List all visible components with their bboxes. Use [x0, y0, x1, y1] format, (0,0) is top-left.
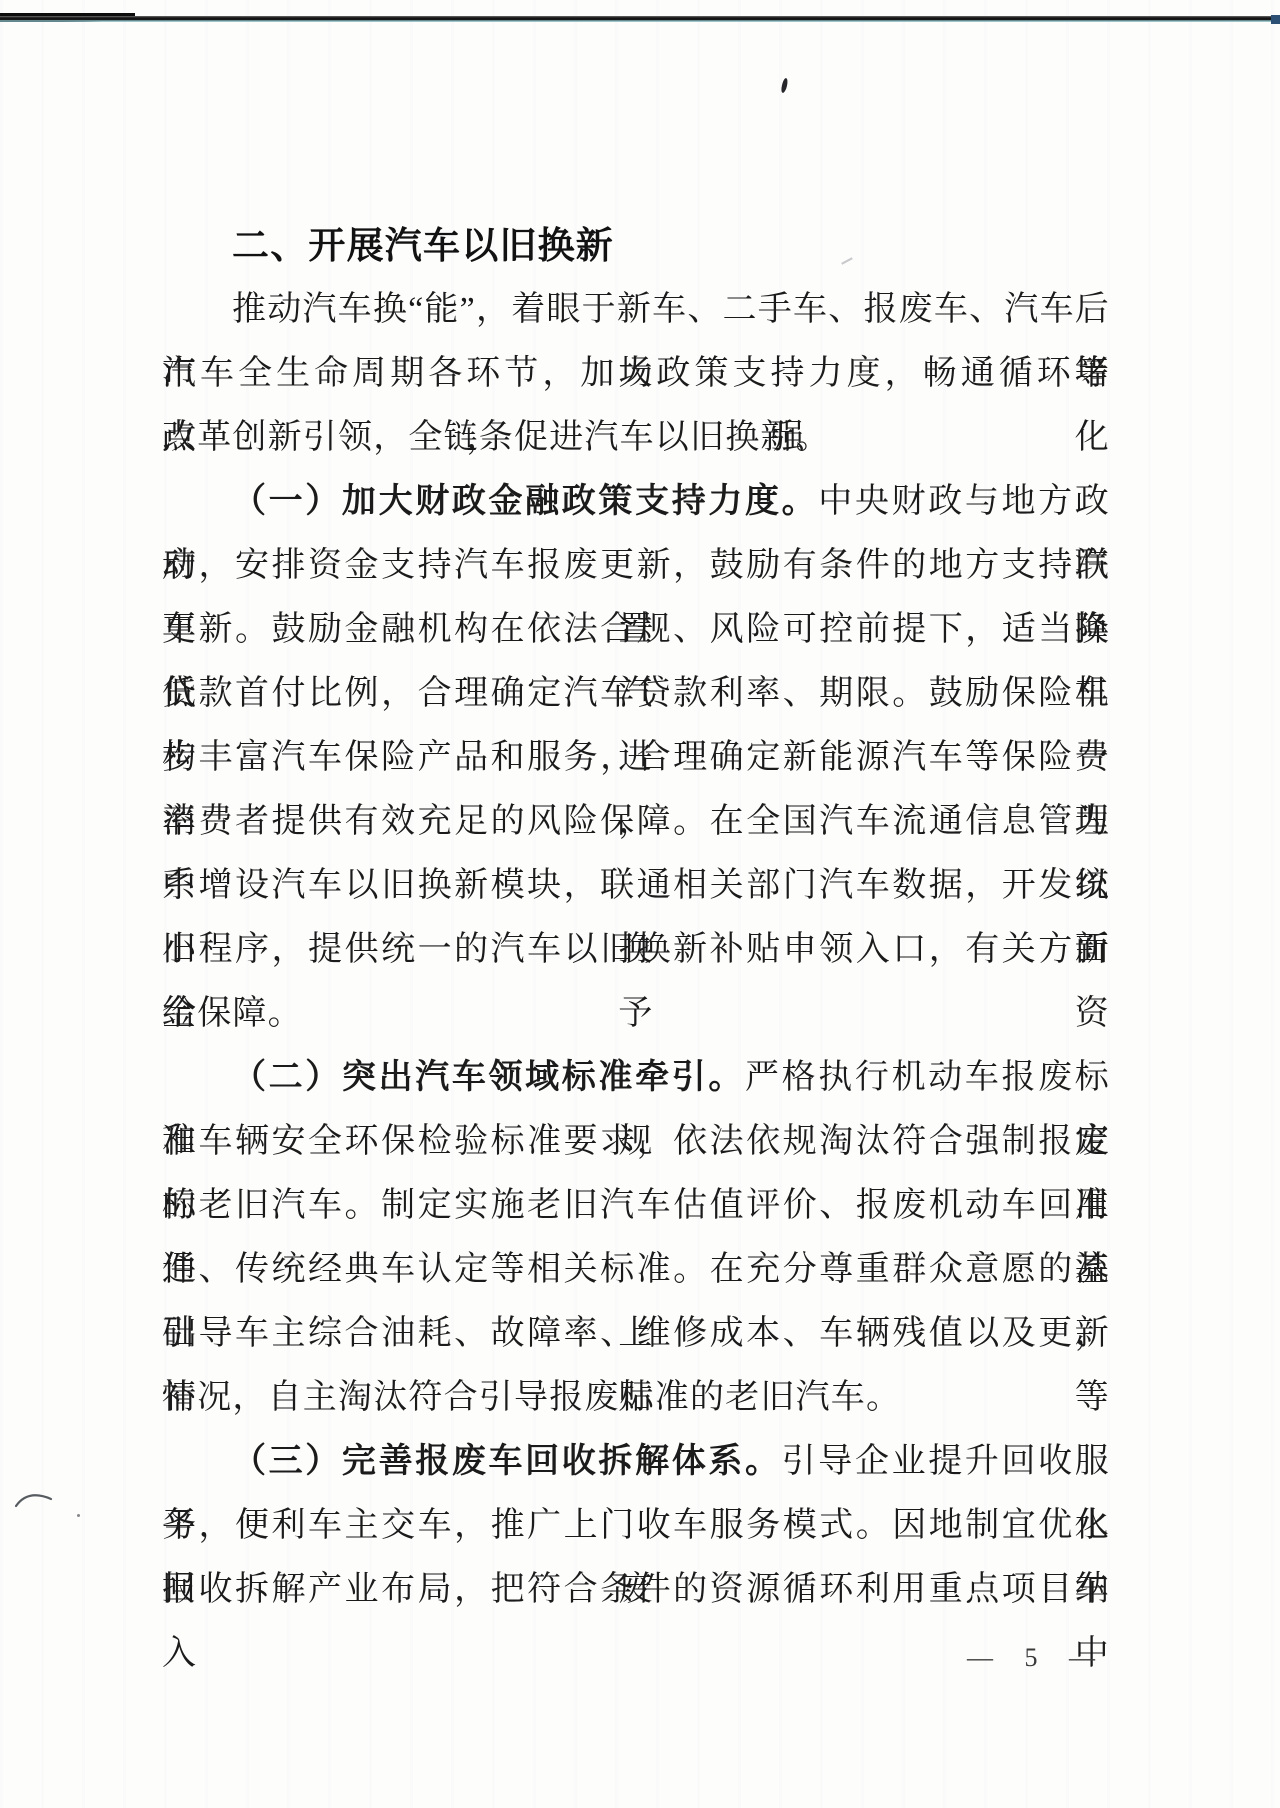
text-line: 汽车全生命周期各环节，加大政策支持力度，畅通循环堵点，强化 [162, 342, 1110, 406]
ink-speck-artifact [77, 1514, 80, 1517]
scan-edge-endcap [1271, 15, 1280, 24]
scan-edge-artifact [0, 13, 1280, 23]
text-line: 平，便利车主交车，推广上门收车服务模式。因地制宜优化报废车 [162, 1494, 1110, 1558]
footer-dash-left: — [967, 1643, 993, 1673]
document-body: 二、开展汽车以旧换新推动汽车换“能”，着眼于新车、二手车、报废车、汽车后市场等汽… [162, 214, 1110, 1622]
text-line: 贷款首付比例，合理确定汽车贷款利率、期限。鼓励保险机构进一 [162, 662, 1110, 726]
bold-run: （三）完善报废车回收拆解体系。 [232, 1443, 782, 1480]
text-run: 情况，自主淘汰符合引导报废标准的老旧汽车。 [162, 1379, 901, 1416]
text-line: 步丰富汽车保险产品和服务，合理确定新能源汽车等保险费率，为 [162, 726, 1110, 790]
footer-dash-right: — [1069, 1643, 1095, 1673]
ink-mark-artifact [780, 78, 788, 94]
scan-edge-tint [0, 20, 1280, 22]
text-line: 推动汽车换“能”，着眼于新车、二手车、报废车、汽车后市场等 [162, 278, 1110, 342]
bold-run: （二）突出汽车领域标准牵引。 [232, 1059, 745, 1096]
text-line: 回收拆解产业布局，把符合条件的资源循环利用重点项目纳入中 [162, 1558, 1110, 1622]
bold-run: 二、开展汽车以旧换新 [232, 225, 614, 266]
bold-run: （一）加大财政金融政策支持力度。 [232, 483, 818, 520]
text-line: 中增设汽车以旧换新模块，联通相关部门汽车数据，开发以旧换新 [162, 854, 1110, 918]
text-line: （三）完善报废车回收拆解体系。引导企业提升回收服务水 [162, 1430, 1110, 1494]
pen-stroke-artifact [14, 1487, 56, 1511]
document-page: 二、开展汽车以旧换新推动汽车换“能”，着眼于新车、二手车、报废车、汽车后市场等汽… [0, 0, 1280, 1808]
page-footer: — 5 — [967, 1640, 1095, 1676]
text-line: 动，安排资金支持汽车报废更新，鼓励有条件的地方支持汽车置换 [162, 534, 1110, 598]
text-line: 更新。鼓励金融机构在依法合规、风险可控前提下，适当降低汽车 [162, 598, 1110, 662]
text-line: 引导车主综合油耗、故障率、维修成本、车辆残值以及更新补贴等 [162, 1302, 1110, 1366]
text-line: （一）加大财政金融政策支持力度。中央财政与地方政府联 [162, 470, 1110, 534]
section-heading: 二、开展汽车以旧换新 [162, 214, 1110, 278]
text-line: 消费者提供有效充足的风险保障。在全国汽车流通信息管理系统 [162, 790, 1110, 854]
page-number: 5 [1025, 1643, 1038, 1673]
text-run: 改革创新引领，全链条促进汽车以旧换新。 [162, 419, 831, 456]
text-line: 的老旧汽车。制定实施老旧汽车估值评价、报废机动车回用件流 [162, 1174, 1110, 1238]
text-line: 小程序，提供统一的汽车以旧换新补贴申领入口，有关方面给予资 [162, 918, 1110, 982]
text-line: 和车辆安全环保检验标准要求，依法依规淘汰符合强制报废标准 [162, 1110, 1110, 1174]
text-line: （二）突出汽车领域标准牵引。严格执行机动车报废标准规定 [162, 1046, 1110, 1110]
text-run: 小程序，提供统一的汽车以旧换新补贴申领入口，有关方面给予资 [162, 931, 1110, 1032]
text-run: 金保障。 [162, 995, 303, 1032]
text-line: 通、传统经典车认定等相关标准。在充分尊重群众意愿的基础上， [162, 1238, 1110, 1302]
